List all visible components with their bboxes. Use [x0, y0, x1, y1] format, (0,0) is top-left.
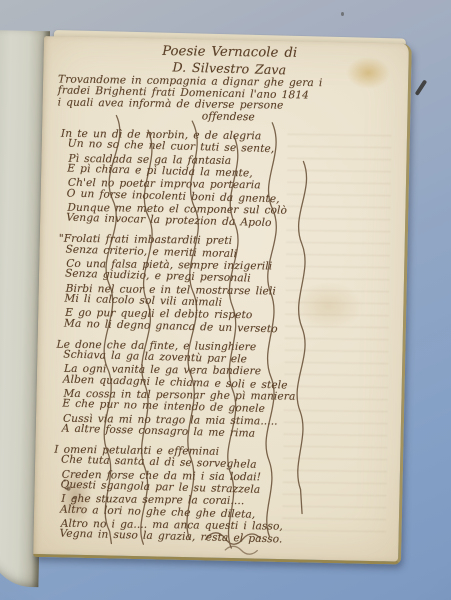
speck-on-background	[341, 12, 344, 16]
pen-mark-on-background	[415, 79, 427, 95]
photo-frame: Poesie Vernacole di D. Silvestro Zava Tr…	[0, 0, 451, 600]
manuscript-page: Poesie Vernacole di D. Silvestro Zava Tr…	[33, 36, 412, 565]
ink-squiggle-overlay	[33, 36, 409, 562]
